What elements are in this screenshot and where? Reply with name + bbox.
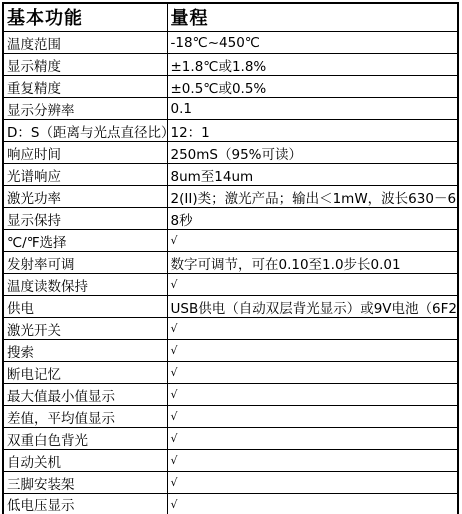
feature-value: 0.1 [167,98,458,120]
table-row: 供电 USB供电（自动双层背光显示）或9V电池（6F22） [3,296,458,318]
feature-label: D：S（距离与光点直径比） [3,120,167,142]
table-row: 差值，平均值显示 √ [3,406,458,428]
feature-label: 断电记忆 [3,362,167,384]
table-row: 低电压显示 √ [3,494,458,514]
feature-check: √ [167,406,458,428]
col-header-range: 量程 [167,3,458,32]
feature-label: 最大值最小值显示 [3,384,167,406]
feature-label: 激光开关 [3,318,167,340]
feature-label: 重复精度 [3,76,167,98]
feature-value: USB供电（自动双层背光显示）或9V电池（6F22） [167,296,458,318]
feature-label: 供电 [3,296,167,318]
table-row: 双重白色背光 √ [3,428,458,450]
feature-value: 8秒 [167,208,458,230]
table-row: D：S（距离与光点直径比） 12：1 [3,120,458,142]
feature-check: √ [167,362,458,384]
feature-check: √ [167,472,458,494]
feature-label: 显示精度 [3,54,167,76]
table-row: 激光开关 √ [3,318,458,340]
feature-value: 250mS（95%可读） [167,142,458,164]
table-row: 三脚安装架 √ [3,472,458,494]
feature-label: ℃/℉选择 [3,230,167,252]
feature-check: √ [167,494,458,514]
feature-label: 差值，平均值显示 [3,406,167,428]
feature-check: √ [167,318,458,340]
table-row: 显示保持 8秒 [3,208,458,230]
table-row: 温度读数保持 √ [3,274,458,296]
col-header-feature: 基本功能 [3,3,167,32]
feature-label: 温度范围 [3,32,167,54]
feature-label: 三脚安装架 [3,472,167,494]
table-row: 显示精度 ±1.8℃或1.8% [3,54,458,76]
feature-label: 低电压显示 [3,494,167,514]
feature-value: 12：1 [167,120,458,142]
table-row: 搜索 √ [3,340,458,362]
table-row: 温度范围 -18℃~450℃ [3,32,458,54]
feature-value: 数字可调节，可在0.10至1.0步长0.01 [167,252,458,274]
feature-value: -18℃~450℃ [167,32,458,54]
feature-check: √ [167,230,458,252]
table-row: 自动关机 √ [3,450,458,472]
feature-label: 自动关机 [3,450,167,472]
feature-label: 光谱响应 [3,164,167,186]
feature-check: √ [167,274,458,296]
feature-label: 搜索 [3,340,167,362]
table-row: 断电记忆 √ [3,362,458,384]
spec-sheet-page: 基本功能 量程 温度范围 -18℃~450℃ 显示精度 ±1.8℃或1.8% 重… [0,0,462,514]
table-row: 光谱响应 8um至14um [3,164,458,186]
feature-check: √ [167,384,458,406]
feature-label: 双重白色背光 [3,428,167,450]
feature-value: 8um至14um [167,164,458,186]
feature-check: √ [167,428,458,450]
table-row: 发射率可调 数字可调节，可在0.10至1.0步长0.01 [3,252,458,274]
spec-table: 基本功能 量程 温度范围 -18℃~450℃ 显示精度 ±1.8℃或1.8% 重… [2,2,459,514]
feature-value: ±1.8℃或1.8% [167,54,458,76]
table-row: 最大值最小值显示 √ [3,384,458,406]
table-row: 重复精度 ±0.5℃或0.5% [3,76,458,98]
feature-value: 2(II)类；激光产品；输出＜1mW，波长630－670nm [167,186,458,208]
feature-label: 发射率可调 [3,252,167,274]
feature-label: 显示保持 [3,208,167,230]
table-row: ℃/℉选择 √ [3,230,458,252]
feature-check: √ [167,340,458,362]
feature-value: ±0.5℃或0.5% [167,76,458,98]
feature-label: 温度读数保持 [3,274,167,296]
feature-label: 响应时间 [3,142,167,164]
header-row: 基本功能 量程 [3,3,458,32]
table-row: 激光功率 2(II)类；激光产品；输出＜1mW，波长630－670nm [3,186,458,208]
feature-check: √ [167,450,458,472]
feature-label: 显示分辨率 [3,98,167,120]
table-row: 显示分辨率 0.1 [3,98,458,120]
feature-label: 激光功率 [3,186,167,208]
table-row: 响应时间 250mS（95%可读） [3,142,458,164]
